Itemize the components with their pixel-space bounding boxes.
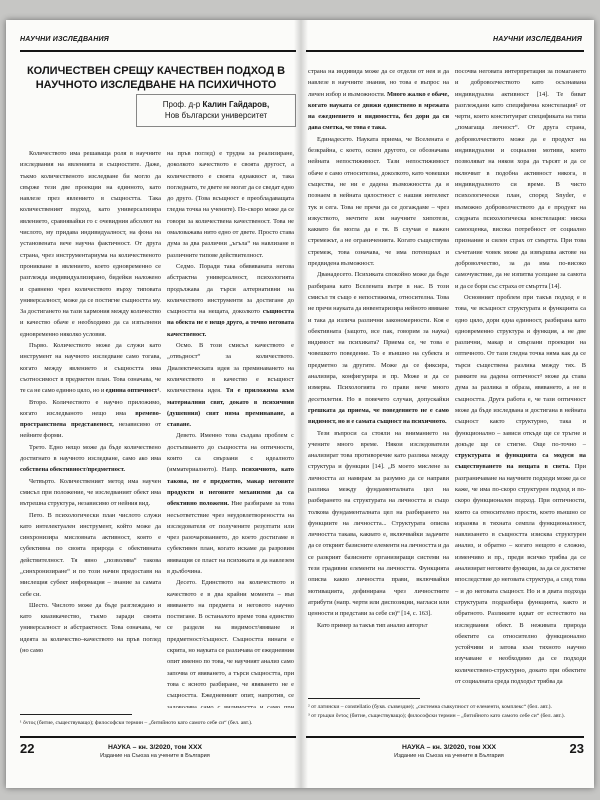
paragraph: страна на индивида може да се отдели от … bbox=[308, 66, 449, 134]
footnote-line: ¹ ὄντος (битие, съществуващо); философск… bbox=[20, 719, 294, 728]
paragraph: Пето. В психологически план числото служ… bbox=[20, 510, 161, 600]
article-title: КОЛИЧЕСТВЕН СРЕЩУ КАЧЕСТВЕН ПОДХОД В НАУ… bbox=[20, 64, 292, 92]
paragraph: на пръв поглед) е трудна за реализиране,… bbox=[167, 148, 294, 261]
right-page-body: страна на индивида може да се отдели от … bbox=[308, 66, 586, 692]
author-name: Калин Гайдаров, bbox=[202, 100, 269, 109]
author-line: Проф. д-р Калин Гайдаров, bbox=[141, 99, 291, 110]
footer-rule bbox=[20, 736, 296, 738]
imprint: НАУКА – кн. 3/2020, том XXX Издание на С… bbox=[354, 743, 544, 760]
imprint-line-1: НАУКА – кн. 3/2020, том XXX bbox=[60, 743, 250, 752]
left-page: НАУЧНИ ИЗСЛЕДВАНИЯ КОЛИЧЕСТВЕН СРЕЩУ КАЧ… bbox=[6, 20, 300, 788]
footnote-separator bbox=[20, 714, 132, 715]
page-number: 23 bbox=[570, 741, 584, 756]
paragraph: Девето. Именно това създава проблем с до… bbox=[167, 430, 294, 577]
title-line-2: НАУЧНОТО ИЗСЛЕДВАНЕ НА ПСИХИЧНОТО bbox=[20, 78, 292, 92]
footnotes: ¹ ὄντος (битие, съществуващо); философск… bbox=[20, 719, 294, 728]
right-page-column-2: посочва неговата интерпретация за помага… bbox=[455, 66, 586, 692]
paragraph: Второ. Количеството е научно приложимо, … bbox=[20, 397, 161, 442]
footnote-separator bbox=[308, 698, 420, 699]
scanned-journal-spread: { "journal": { "running_head": "НАУЧНИ И… bbox=[0, 0, 600, 800]
footnote-line: ² от латински – constellatio (букв. съзв… bbox=[308, 703, 588, 712]
title-line-1: КОЛИЧЕСТВЕН СРЕЩУ КАЧЕСТВЕН ПОДХОД В bbox=[20, 64, 292, 78]
page-gutter-shadow bbox=[294, 20, 308, 788]
paragraph: Първо. Количеството може да служи като и… bbox=[20, 340, 161, 396]
paragraph: Количеството има решаваща роля в научнит… bbox=[20, 148, 161, 340]
footnotes: ² от латински – constellatio (букв. съзв… bbox=[308, 703, 588, 720]
author-block: Проф. д-р Калин Гайдаров, Нов български … bbox=[136, 94, 296, 127]
imprint-line-2: Издание на Съюза на учените в България bbox=[60, 752, 250, 760]
page-footer: НАУКА – кн. 3/2020, том XXX Издание на С… bbox=[314, 741, 584, 775]
paragraph: Трето. Едно нещо може да бъде количестве… bbox=[20, 442, 161, 476]
running-head: НАУЧНИ ИЗСЛЕДВАНИЯ bbox=[20, 36, 109, 43]
running-head: НАУЧНИ ИЗСЛЕДВАНИЯ bbox=[493, 36, 582, 43]
paragraph: Осмо. В този смисъл качеството е „отвъдн… bbox=[167, 340, 294, 430]
paragraph: Дванадесето. Психиката спокойно може да … bbox=[308, 269, 449, 427]
paragraph: Тези въпроси са стояли на вниманието на … bbox=[308, 428, 449, 620]
paragraph: посочва неговата интерпретация за помага… bbox=[455, 66, 586, 292]
spread: НАУЧНИ ИЗСЛЕДВАНИЯ КОЛИЧЕСТВЕН СРЕЩУ КАЧ… bbox=[6, 20, 594, 788]
left-page-column-2: на пръв поглед) е трудна за реализиране,… bbox=[167, 148, 294, 708]
paragraph: Основният проблем при такъв подход е в т… bbox=[455, 292, 586, 687]
right-page-column-1: страна на индивида може да се отдели от … bbox=[308, 66, 449, 692]
page-footer: 22 НАУКА – кн. 3/2020, том XXX Издание н… bbox=[20, 741, 290, 775]
imprint-line-2: Издание на Съюза на учените в България bbox=[354, 752, 544, 760]
header-rule bbox=[20, 50, 296, 52]
author-prefix: Проф. д-р bbox=[163, 100, 203, 109]
header-rule bbox=[306, 50, 584, 52]
paragraph: Шесто. Числото може да бъде разглеждано … bbox=[20, 600, 161, 656]
paragraph: Като пример за такъв тип анализ авторът bbox=[308, 620, 449, 631]
left-page-column-1: Количеството има решаваща роля в научнит… bbox=[20, 148, 161, 708]
paragraph: Четвърто. Количественият метод има науче… bbox=[20, 476, 161, 510]
footnote-line: ³ от гръцки ὄντος (битие, съществуващо);… bbox=[308, 712, 588, 721]
affiliation: Нов български университет bbox=[141, 110, 291, 121]
paragraph: Единадесето. Науката приема, че Вселенат… bbox=[308, 134, 449, 270]
imprint-line-1: НАУКА – кн. 3/2020, том XXX bbox=[354, 743, 544, 752]
imprint: НАУКА – кн. 3/2020, том XXX Издание на С… bbox=[60, 743, 250, 760]
paragraph: Десето. Единството на количеството и кач… bbox=[167, 577, 294, 708]
left-page-body: Количеството има решаваща роля в научнит… bbox=[20, 148, 294, 708]
right-page: НАУЧНИ ИЗСЛЕДВАНИЯ страна на индивида мо… bbox=[300, 20, 594, 788]
paragraph: Седмо. Поради така обявяваната негова аб… bbox=[167, 261, 294, 340]
footer-rule bbox=[306, 736, 584, 738]
page-number: 22 bbox=[20, 741, 34, 756]
